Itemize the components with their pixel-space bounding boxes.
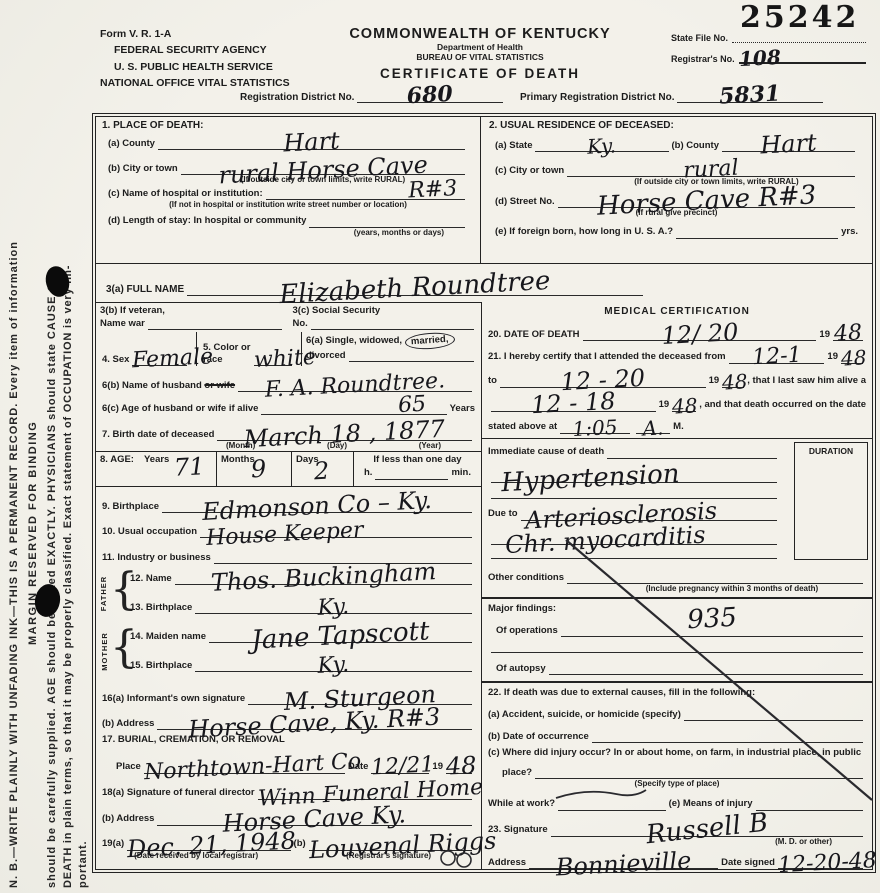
birthplace-field: Edmonson Co – Ky. xyxy=(162,500,472,513)
certify-text-3: , and that death occurred on the date xyxy=(699,399,866,411)
while-at-work-field xyxy=(558,798,666,811)
veteran-namewar-label: Name war xyxy=(100,318,145,330)
residence-state-label: (a) State xyxy=(495,140,532,152)
due-to-label: Due to xyxy=(488,508,518,520)
dept-of-health: Department of Health xyxy=(330,42,630,52)
accident-field xyxy=(684,708,863,721)
date-of-death-label: 20. DATE OF DEATH xyxy=(488,329,580,341)
stay-field xyxy=(309,215,465,228)
means-of-injury-label: (e) Means of injury xyxy=(669,798,753,810)
stay-hint: (years, months or days) xyxy=(102,228,444,238)
residence-state-field: Ky. xyxy=(535,139,668,152)
stated-above-label: stated above at xyxy=(488,421,557,433)
age-less-than-day-label: If less than one day xyxy=(358,454,477,466)
full-name-field: Elizabeth Roundtree xyxy=(187,283,643,296)
personal-column: 3(b) If veteran, Name war 3(c) Social Se… xyxy=(96,302,482,869)
medical-certification-title: MEDICAL CERTIFICATION xyxy=(482,302,872,317)
attended-from-field: 12-1 xyxy=(729,351,825,364)
from-year-field: 48 xyxy=(841,351,863,364)
alive-year-prefix: 19 xyxy=(659,399,670,411)
foreign-born-label: (e) If foreign born, how long in U. S. A… xyxy=(495,226,673,238)
mother-block: MOTHER { 14. Maiden name Jane Tapscott 1… xyxy=(96,622,481,680)
occupation-label: 10. Usual occupation xyxy=(102,526,197,538)
father-birthplace-value: Ky. xyxy=(195,592,472,624)
state-file-no-label: State File No. xyxy=(671,33,728,43)
injury-where-label: (c) Where did injury occur? In or about … xyxy=(482,743,872,759)
age-min-label: min. xyxy=(451,467,471,479)
industry-label: 11. Industry or business xyxy=(102,552,211,564)
marital-field xyxy=(349,349,474,362)
age-hr-label: h. xyxy=(364,467,372,479)
primary-district-label: Primary Registration District No. xyxy=(520,92,674,103)
father-brace: { xyxy=(110,564,124,622)
color-race-value: white xyxy=(253,350,292,370)
attended-to-label: to xyxy=(488,375,497,387)
full-name-row: 3(a) FULL NAME Elizabeth Roundtree xyxy=(96,264,872,302)
margin-note-line4: portant. xyxy=(77,841,89,888)
age-years-value: 71 xyxy=(174,458,206,479)
medical-column: MEDICAL CERTIFICATION 20. DATE OF DEATH … xyxy=(482,302,872,869)
burial-year-field: 48 xyxy=(446,761,472,774)
immediate-cause-line3 xyxy=(491,486,777,499)
dod-year-prefix: 19 xyxy=(819,329,830,341)
funeral-addr-field: Horse Cave Ky. xyxy=(157,813,472,826)
issuing-agency-block: Form V. R. 1-A FEDERAL SECURITY AGENCY U… xyxy=(100,26,290,91)
burial-year-value: 48 xyxy=(446,756,473,777)
father-block: FATHER { 12. Name Thos. Buckingham 13. B… xyxy=(96,564,481,622)
burial-place-label: Place xyxy=(116,761,141,773)
margin-note-line3: DEATH in plain terms, so that it may be … xyxy=(62,265,74,888)
physician-addr-field: Bonnieville xyxy=(529,856,718,869)
while-at-work-label: While at work? xyxy=(488,798,555,810)
informant-addr-field: Horse Cave, Ky. R#3 xyxy=(157,717,472,730)
section-place-of-death: 1. PLACE OF DEATH: (a) County Hart (b) C… xyxy=(96,117,481,263)
physician-sig-field: Russell B xyxy=(551,824,863,837)
date-signed-label: Date signed xyxy=(721,857,775,869)
file-number-block: State File No. Registrar's No. 108 xyxy=(671,30,866,71)
ssn-no-label: No. xyxy=(293,318,308,330)
funeral-addr-label: (b) Address xyxy=(102,813,154,825)
certify-text-2: , that I last saw him alive a xyxy=(747,375,866,387)
sex-label: 4. Sex xyxy=(102,354,129,366)
spouse-age-unit: Years xyxy=(450,403,475,415)
street-label: (d) Street No. xyxy=(495,196,555,208)
registrar-no-field: 108 xyxy=(739,50,866,64)
other-conditions-hint: (Include pregnancy within 3 months of de… xyxy=(592,584,872,594)
residence-state-value: Ky. xyxy=(535,135,669,158)
father-birthplace-label: 13. Birthplace xyxy=(130,602,192,614)
death-certificate-scan: N. B.—WRITE PLAINLY WITH UNFADING INK—TH… xyxy=(0,0,880,893)
registration-district-line: Registration District No. 680 Primary Re… xyxy=(240,90,826,103)
hospital-label: (c) Name of hospital or institution: xyxy=(108,188,263,200)
mother-side-label: MOTHER xyxy=(100,632,109,671)
received-label: 19(a) xyxy=(102,838,124,850)
agency-line-2: U. S. PUBLIC HEALTH SERVICE xyxy=(100,59,290,75)
dod-year-value: 48 xyxy=(833,325,864,344)
time-of-death-value: 1:05 xyxy=(560,418,631,438)
ssn-field xyxy=(311,317,474,330)
section-usual-residence: 2. USUAL RESIDENCE OF DECEASED: (a) Stat… xyxy=(481,117,872,263)
registrar-sig-value: Louvenal Riggs xyxy=(308,832,472,860)
from-year-prefix: 19 xyxy=(827,351,838,363)
father-name-label: 12. Name xyxy=(130,573,172,585)
residence-county-field: Hart xyxy=(722,139,855,152)
due-to-field: Arteriosclerosis xyxy=(521,508,777,521)
to-year-prefix: 19 xyxy=(709,375,720,387)
father-name-value: Thos. Buckingham xyxy=(174,560,472,595)
informant-addr-label: (b) Address xyxy=(102,718,154,730)
date-signed-field: 12-20-48 xyxy=(778,856,863,869)
agency-line-1: FEDERAL SECURITY AGENCY xyxy=(100,42,290,58)
age-label: 8. AGE: xyxy=(100,454,134,466)
time-of-death-field: 1:05 xyxy=(560,421,630,434)
husband-field: F. A. Roundtree. xyxy=(238,379,472,392)
registrar-no-label: Registrar's No. xyxy=(671,54,735,64)
immediate-cause-line2: Hypertension xyxy=(491,470,777,483)
alive-year-field: 48 xyxy=(672,399,696,412)
stay-label: (d) Length of stay: In hospital or commu… xyxy=(108,215,306,227)
birthplace-label: 9. Birthplace xyxy=(102,501,159,513)
informant-sig-label: 16(a) Informant's own signature xyxy=(102,693,245,705)
occurrence-date-field xyxy=(592,730,863,743)
age-hr-field xyxy=(375,467,448,480)
certificate-title: CERTIFICATE OF DEATH xyxy=(330,66,630,81)
age-months-value: 9 xyxy=(251,460,267,480)
last-alive-field: 12 - 18 xyxy=(491,399,656,412)
alive-year-value: 48 xyxy=(672,397,697,414)
ampm-field: A. xyxy=(636,421,670,434)
title-block: COMMONWEALTH OF KENTUCKY Department of H… xyxy=(330,26,630,81)
birthdate-field: March 18 , 1877 xyxy=(217,428,472,441)
registrar-no-value: 108 xyxy=(738,49,781,67)
to-year-value: 48 xyxy=(722,373,745,390)
of-operations-label: Of operations xyxy=(496,625,558,637)
cause-of-death-block: DURATION Immediate cause of death Hypert… xyxy=(482,438,872,559)
city-field: rural Horse Cave xyxy=(181,162,465,175)
injury-place-hint: (Specify type of place) xyxy=(482,779,872,789)
funeral-director-field: Winn Funeral Home xyxy=(258,787,472,800)
external-causes-title: 22. If death was due to external causes,… xyxy=(482,685,872,699)
reg-district-label: Registration District No. xyxy=(240,92,354,103)
mother-birthplace-label: 15. Birthplace xyxy=(130,660,192,672)
mother-name-label: 14. Maiden name xyxy=(130,631,206,643)
husband-label: 6(b) Name of husband or wife xyxy=(102,380,235,392)
cause-blank-line xyxy=(491,546,777,559)
date-signed-value: 12-20-48 xyxy=(778,853,864,875)
of-autopsy-field xyxy=(549,662,863,675)
residence-city-field: rural xyxy=(567,164,855,177)
spouse-age-field: 65 xyxy=(261,402,446,415)
age-row: 8. AGE: Years 71 Months 9 Days 2 If less… xyxy=(96,451,481,487)
age-years-label: Years xyxy=(144,454,169,466)
mother-name-field: Jane Tapscott xyxy=(209,630,472,643)
margin-note-line2: should be carefully supplied. AGE should… xyxy=(46,274,58,888)
attended-to-field: 12 - 20 xyxy=(500,375,706,388)
primary-district-field: 5831 xyxy=(677,90,823,103)
dod-year-field: 48 xyxy=(833,328,863,341)
residence-city-label: (c) City or town xyxy=(495,165,564,177)
of-autopsy-label: Of autopsy xyxy=(496,663,546,675)
marital-label: 6(a) Single, widowed, married, xyxy=(306,333,477,349)
birthdate-label: 7. Birth date of deceased xyxy=(102,429,214,441)
form-number: Form V. R. 1-A xyxy=(100,26,290,42)
of-operations-field: 935 xyxy=(561,624,863,637)
occupation-field: House Keeper xyxy=(200,525,472,538)
m-label: M. xyxy=(673,421,684,433)
state-file-no-field xyxy=(732,30,866,43)
city-label: (b) City or town xyxy=(108,163,178,175)
hospital-field: R#3 xyxy=(266,187,465,200)
residence-county-label: (b) County xyxy=(672,140,720,152)
immediate-cause-field xyxy=(607,446,777,459)
father-side-label: FATHER xyxy=(100,576,109,611)
foreign-born-field xyxy=(676,226,838,239)
funeral-director-label: 18(a) Signature of funeral director xyxy=(102,787,255,799)
from-year-value: 48 xyxy=(841,349,864,366)
immediate-cause-label: Immediate cause of death xyxy=(488,446,604,458)
father-birthplace-field: Ky. xyxy=(195,601,472,614)
veteran-field xyxy=(148,317,282,330)
county-label: (a) County xyxy=(108,138,155,150)
due-to-line2: Chr. myocarditis xyxy=(491,532,777,545)
sex-field: Female xyxy=(132,353,187,366)
reg-district-field: 680 xyxy=(357,90,503,103)
commonwealth-title: COMMONWEALTH OF KENTUCKY xyxy=(330,26,630,42)
received-value: Dec. 21, 1948 xyxy=(127,831,291,859)
physician-addr-label: Address xyxy=(488,857,526,869)
spouse-age-label: 6(c) Age of husband or wife if alive xyxy=(102,403,258,415)
sex-value: Female xyxy=(132,349,187,369)
other-conditions-label: Other conditions xyxy=(488,572,564,584)
duration-box: DURATION xyxy=(794,442,868,560)
findings-blank-line xyxy=(491,640,863,653)
full-name-label: 3(a) FULL NAME xyxy=(106,283,184,296)
physician-sig-label: 23. Signature xyxy=(488,824,548,836)
marital-circled-value: married, xyxy=(404,332,454,351)
mother-birthplace-value: Ky. xyxy=(195,650,472,682)
ampm-value: A. xyxy=(636,419,671,437)
father-name-field: Thos. Buckingham xyxy=(175,572,472,585)
mother-birthplace-field: Ky. xyxy=(195,659,472,672)
burial-place-field: Northtown-Hart Co xyxy=(144,761,345,774)
registrar-sig-field: Louvenal Riggs xyxy=(309,838,472,851)
county-field: Hart xyxy=(158,137,465,150)
duration-label: DURATION xyxy=(809,446,853,456)
injury-place-label: place? xyxy=(502,767,532,779)
burial-date-field: 12/21 xyxy=(371,761,429,774)
street-field: Horse Cave R#3 xyxy=(558,195,855,208)
certificate-form: 1. PLACE OF DEATH: (a) County Hart (b) C… xyxy=(95,116,873,870)
color-race-field: white xyxy=(254,353,292,366)
to-year-field: 48 xyxy=(722,375,744,388)
burial-date-value: 12/21 xyxy=(371,757,430,778)
date-of-death-field: 12/ 20 xyxy=(583,328,817,341)
mother-brace: { xyxy=(110,622,124,680)
accident-label: (a) Accident, suicide, or homicide (spec… xyxy=(488,709,681,721)
foreign-born-unit: yrs. xyxy=(841,226,858,238)
occurrence-date-label: (b) Date of occurrence xyxy=(488,731,589,743)
margin-note-line1: N. B.—WRITE PLAINLY WITH UNFADING INK—TH… xyxy=(8,241,20,888)
age-days-value: 2 xyxy=(314,462,330,482)
received-field: Dec. 21, 1948 xyxy=(127,838,290,851)
bureau-of-vital-statistics: BUREAU OF VITAL STATISTICS xyxy=(330,52,630,62)
certify-text-1: 21. I hereby certify that I attended the… xyxy=(488,351,726,363)
husband-struck-words: or wife xyxy=(204,380,235,391)
injury-place-field xyxy=(535,766,863,779)
mother-name-value: Jane Tapscott xyxy=(209,619,473,654)
other-conditions-field xyxy=(567,571,863,584)
agency-line-3: NATIONAL OFFICE VITAL STATISTICS xyxy=(100,75,290,91)
